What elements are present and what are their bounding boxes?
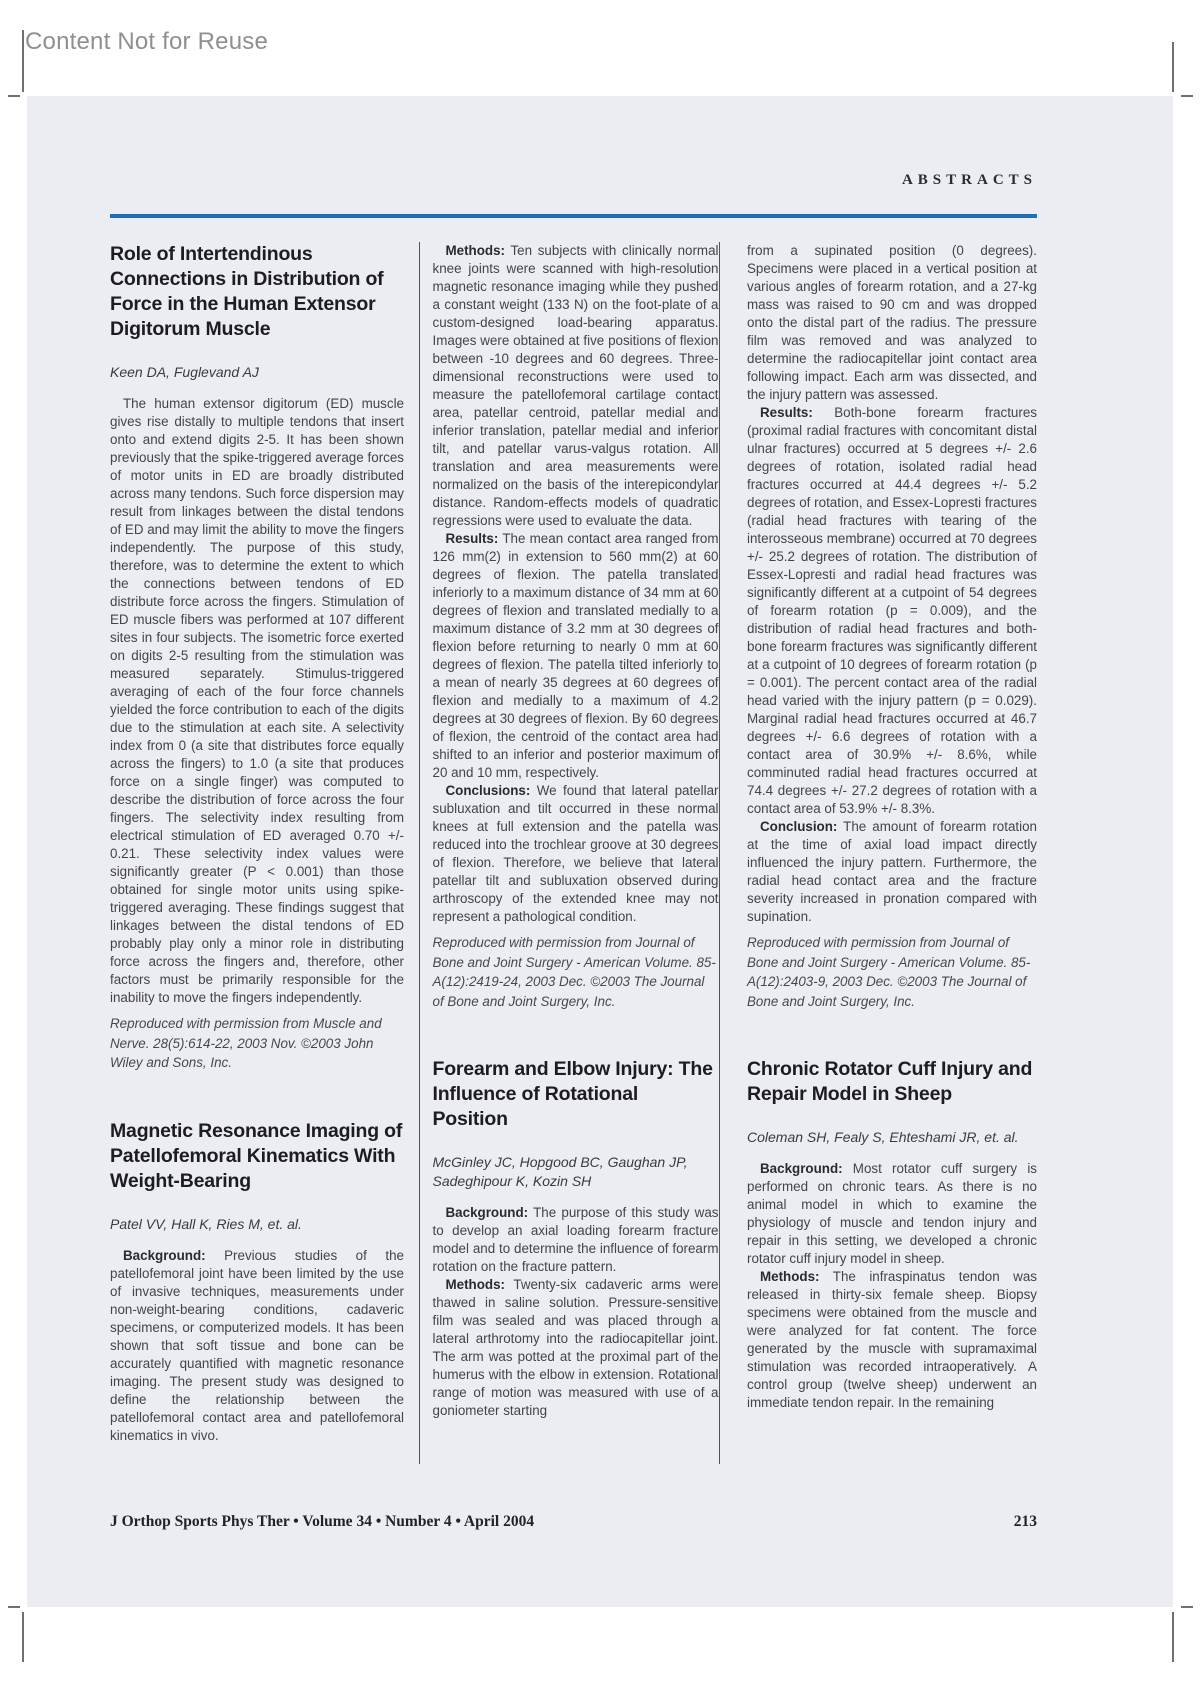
paragraph-text: The human extensor digitorum (ED) muscle… bbox=[110, 396, 404, 1005]
abstract-paragraph: Methods: Twenty-six cadaveric arms were … bbox=[433, 1276, 719, 1420]
abstract-columns: Role of Intertendinous Connections in Di… bbox=[110, 242, 1037, 1490]
section-lead-label: Methods: bbox=[760, 1269, 820, 1284]
crop-mark-top-left-vertical bbox=[22, 30, 24, 92]
abstract-title: Magnetic Resonance Imaging of Patellofem… bbox=[110, 1119, 404, 1194]
section-lead-label: Methods: bbox=[446, 1277, 506, 1292]
abstract-authors: Coleman SH, Fealy S, Ehteshami JR, et. a… bbox=[747, 1128, 1037, 1147]
abstract-paragraph: Background: Previous studies of the pate… bbox=[110, 1247, 404, 1445]
paragraph-text: Ten subjects with clinically normal knee… bbox=[433, 243, 719, 528]
page-title: ABSTRACTS bbox=[902, 172, 1037, 189]
section-lead-label: Background: bbox=[760, 1161, 843, 1176]
abstract-authors: Patel VV, Hall K, Ries M, et. al. bbox=[110, 1215, 404, 1234]
crop-mark-top-right-vertical bbox=[1172, 42, 1174, 92]
paragraph-text: Most rotator cuff surgery is performed o… bbox=[747, 1161, 1037, 1266]
section-lead-label: Background: bbox=[123, 1248, 206, 1263]
abstract-paragraph: Background: The purpose of this study wa… bbox=[433, 1204, 719, 1276]
abstract-title: Role of Intertendinous Connections in Di… bbox=[110, 242, 404, 342]
section-lead-label: Conclusions: bbox=[446, 783, 531, 798]
abstract-authors: McGinley JC, Hopgood BC, Gaughan JP, Sad… bbox=[433, 1153, 719, 1191]
abstract-title: Forearm and Elbow Injury: The Influence … bbox=[433, 1057, 719, 1132]
paragraph-text: The amount of forearm rotation at the ti… bbox=[747, 819, 1037, 924]
crop-mark-bottom-left-vertical bbox=[22, 1612, 24, 1662]
crop-mark-bottom-right-horizontal bbox=[1181, 1606, 1193, 1608]
abstract-attribution: Reproduced with permission from Journal … bbox=[747, 933, 1037, 1011]
abstract-column-2: Methods: Ten subjects with clinically no… bbox=[433, 242, 719, 1490]
paragraph-text: The mean contact area ranged from 126 mm… bbox=[433, 531, 719, 780]
paragraph-text: Previous studies of the patellofemoral j… bbox=[110, 1248, 404, 1443]
paragraph-text: We found that lateral patellar subluxati… bbox=[433, 783, 719, 924]
abstract-attribution: Reproduced with permission from Muscle a… bbox=[110, 1014, 404, 1073]
abstract-paragraph: Background: Most rotator cuff surgery is… bbox=[747, 1160, 1037, 1268]
abstract-attribution: Reproduced with permission from Journal … bbox=[433, 933, 719, 1011]
section-lead-label: Results: bbox=[760, 405, 813, 420]
abstract-paragraph: Conclusion: The amount of forearm rotati… bbox=[747, 818, 1037, 926]
paragraph-text: from a supinated position (0 degrees). S… bbox=[747, 243, 1037, 402]
journal-page: ABSTRACTS Role of Intertendinous Connect… bbox=[27, 96, 1173, 1607]
paragraph-text: The infraspinatus tendon was released in… bbox=[747, 1269, 1037, 1410]
abstract-paragraph: from a supinated position (0 degrees). S… bbox=[747, 242, 1037, 404]
abstract-paragraph: Results: The mean contact area ranged fr… bbox=[433, 530, 719, 782]
watermark: Content Not for Reuse bbox=[25, 28, 268, 56]
abstract-authors: Keen DA, Fuglevand AJ bbox=[110, 363, 404, 382]
abstract-title: Chronic Rotator Cuff Injury and Repair M… bbox=[747, 1057, 1037, 1107]
crop-mark-top-right-horizontal bbox=[1181, 95, 1193, 97]
crop-mark-bottom-left-horizontal bbox=[8, 1606, 20, 1608]
section-lead-label: Methods: bbox=[446, 243, 506, 258]
abstract-paragraph: Conclusions: We found that lateral patel… bbox=[433, 782, 719, 926]
abstract-column-3: from a supinated position (0 degrees). S… bbox=[747, 242, 1037, 1490]
crop-mark-top-left-horizontal bbox=[8, 95, 20, 97]
abstract-paragraph: Results: Both-bone forearm fractures (pr… bbox=[747, 404, 1037, 818]
footer-page-number: 213 bbox=[1014, 1513, 1037, 1531]
abstract-paragraph: Methods: The infraspinatus tendon was re… bbox=[747, 1268, 1037, 1412]
section-lead-label: Background: bbox=[446, 1205, 529, 1220]
crop-mark-bottom-right-vertical bbox=[1172, 1612, 1174, 1662]
section-lead-label: Results: bbox=[446, 531, 499, 546]
abstract-column-1: Role of Intertendinous Connections in Di… bbox=[110, 242, 404, 1490]
header-rule bbox=[110, 214, 1037, 218]
section-lead-label: Conclusion: bbox=[760, 819, 837, 834]
footer-journal-line: J Orthop Sports Phys Ther • Volume 34 • … bbox=[110, 1513, 534, 1531]
paragraph-text: Both-bone forearm fractures (proximal ra… bbox=[747, 405, 1037, 816]
paragraph-text: Twenty-six cadaveric arms were thawed in… bbox=[433, 1277, 719, 1418]
abstract-paragraph: Methods: Ten subjects with clinically no… bbox=[433, 242, 719, 530]
page-footer: J Orthop Sports Phys Ther • Volume 34 • … bbox=[110, 1513, 1037, 1531]
abstract-paragraph: The human extensor digitorum (ED) muscle… bbox=[110, 395, 404, 1007]
document-canvas: Content Not for Reuse ABSTRACTS Role of … bbox=[0, 0, 1200, 1703]
